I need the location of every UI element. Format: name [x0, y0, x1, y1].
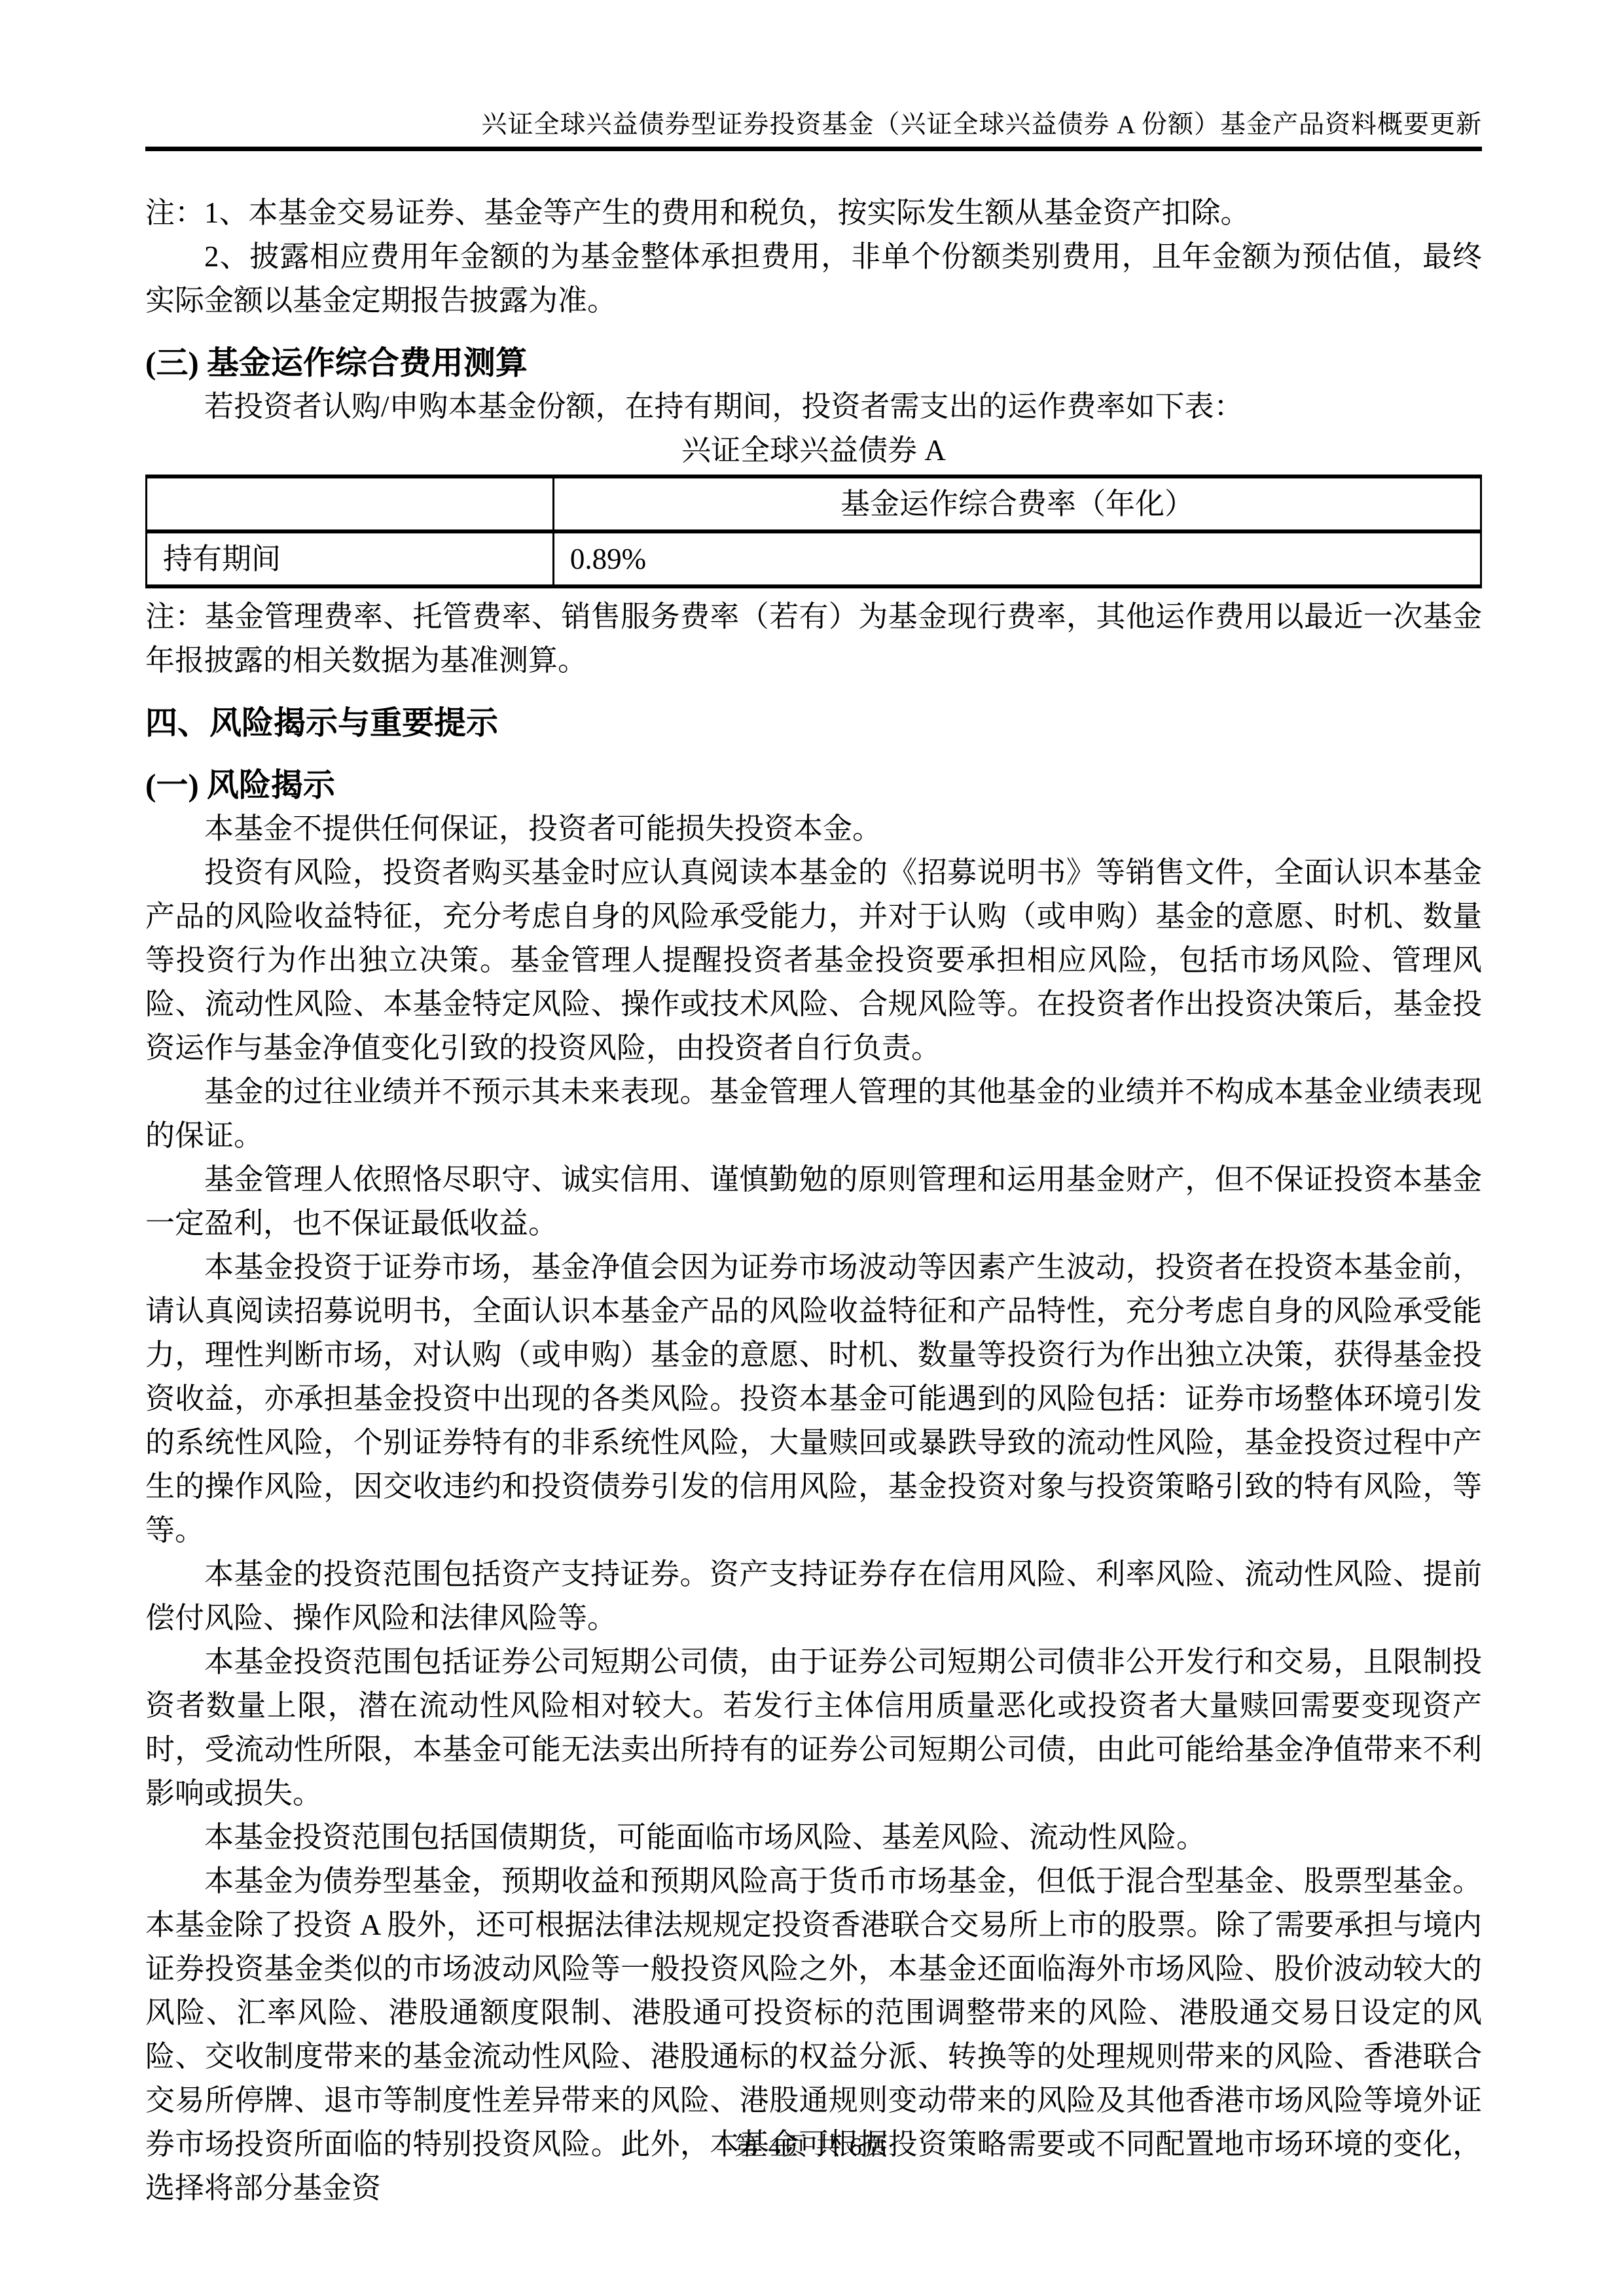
table-header-row: 基金运作综合费率（年化）	[147, 476, 1481, 531]
table-fee-rate-header-cell: 基金运作综合费率（年化）	[553, 476, 1481, 531]
table-title: 兴证全球兴益债券 A	[145, 429, 1482, 473]
content-area: 注：1、本基金交易证券、基金等产生的费用和税负，按实际发生额从基金资产扣除。 2…	[145, 191, 1482, 2210]
section-heading-risk: 四、风险揭示与重要提示	[145, 701, 1482, 745]
document-page: 兴证全球兴益债券型证券投资基金（兴证全球兴益债券 A 份额）基金产品资料概要更新…	[0, 0, 1624, 2296]
fee-rate-value-cell: 0.89%	[553, 531, 1481, 586]
risk-paragraph: 本基金投资范围包括证券公司短期公司债，由于证券公司短期公司债非公开发行和交易，且…	[145, 1640, 1482, 1816]
top-note-2: 2、披露相应费用年金额的为基金整体承担费用，非单个份额类别费用，且年金额为预估值…	[145, 235, 1482, 323]
fee-table: 基金运作综合费率（年化） 持有期间 0.89%	[145, 475, 1482, 588]
holding-period-cell: 持有期间	[147, 531, 554, 586]
table-row: 持有期间 0.89%	[147, 531, 1481, 586]
risk-paragraph: 本基金不提供任何保证，投资者可能损失投资本金。	[145, 807, 1482, 851]
risk-paragraph: 本基金投资于证券市场，基金净值会因为证券市场波动等因素产生波动，投资者在投资本基…	[145, 1246, 1482, 1552]
risk-paragraph: 本基金投资范围包括国债期货，可能面临市场风险、基差风险、流动性风险。	[145, 1816, 1482, 1859]
table-empty-header-cell	[147, 476, 554, 531]
subsection-heading-risk-disclosure: (一) 风险揭示	[145, 763, 1482, 807]
risk-paragraph: 投资有风险，投资者购买基金时应认真阅读本基金的《招募说明书》等销售文件，全面认识…	[145, 851, 1482, 1070]
header-title: 兴证全球兴益债券型证券投资基金（兴证全球兴益债券 A 份额）基金产品资料概要更新	[481, 110, 1482, 140]
table-note-paragraph: 注：基金管理费率、托管费率、销售服务费率（若有）为基金现行费率，其他运作费用以最…	[145, 595, 1482, 683]
section-heading-fee-measure: (三) 基金运作综合费用测算	[145, 341, 1482, 385]
page-number: 第 4页 共 6页	[0, 2126, 1624, 2162]
risk-paragraph: 基金管理人依照恪尽职守、诚实信用、谨慎勤勉的原则管理和运用基金财产，但不保证投资…	[145, 1158, 1482, 1246]
fee-intro-paragraph: 若投资者认购/申购本基金份额，在持有期间，投资者需支出的运作费率如下表：	[145, 385, 1482, 429]
top-note-1: 注：1、本基金交易证券、基金等产生的费用和税负，按实际发生额从基金资产扣除。	[145, 191, 1482, 235]
header-rule	[145, 147, 1482, 151]
risk-paragraph: 基金的过往业绩并不预示其未来表现。基金管理人管理的其他基金的业绩并不构成本基金业…	[145, 1070, 1482, 1158]
risk-paragraph: 本基金的投资范围包括资产支持证券。资产支持证券存在信用风险、利率风险、流动性风险…	[145, 1552, 1482, 1640]
